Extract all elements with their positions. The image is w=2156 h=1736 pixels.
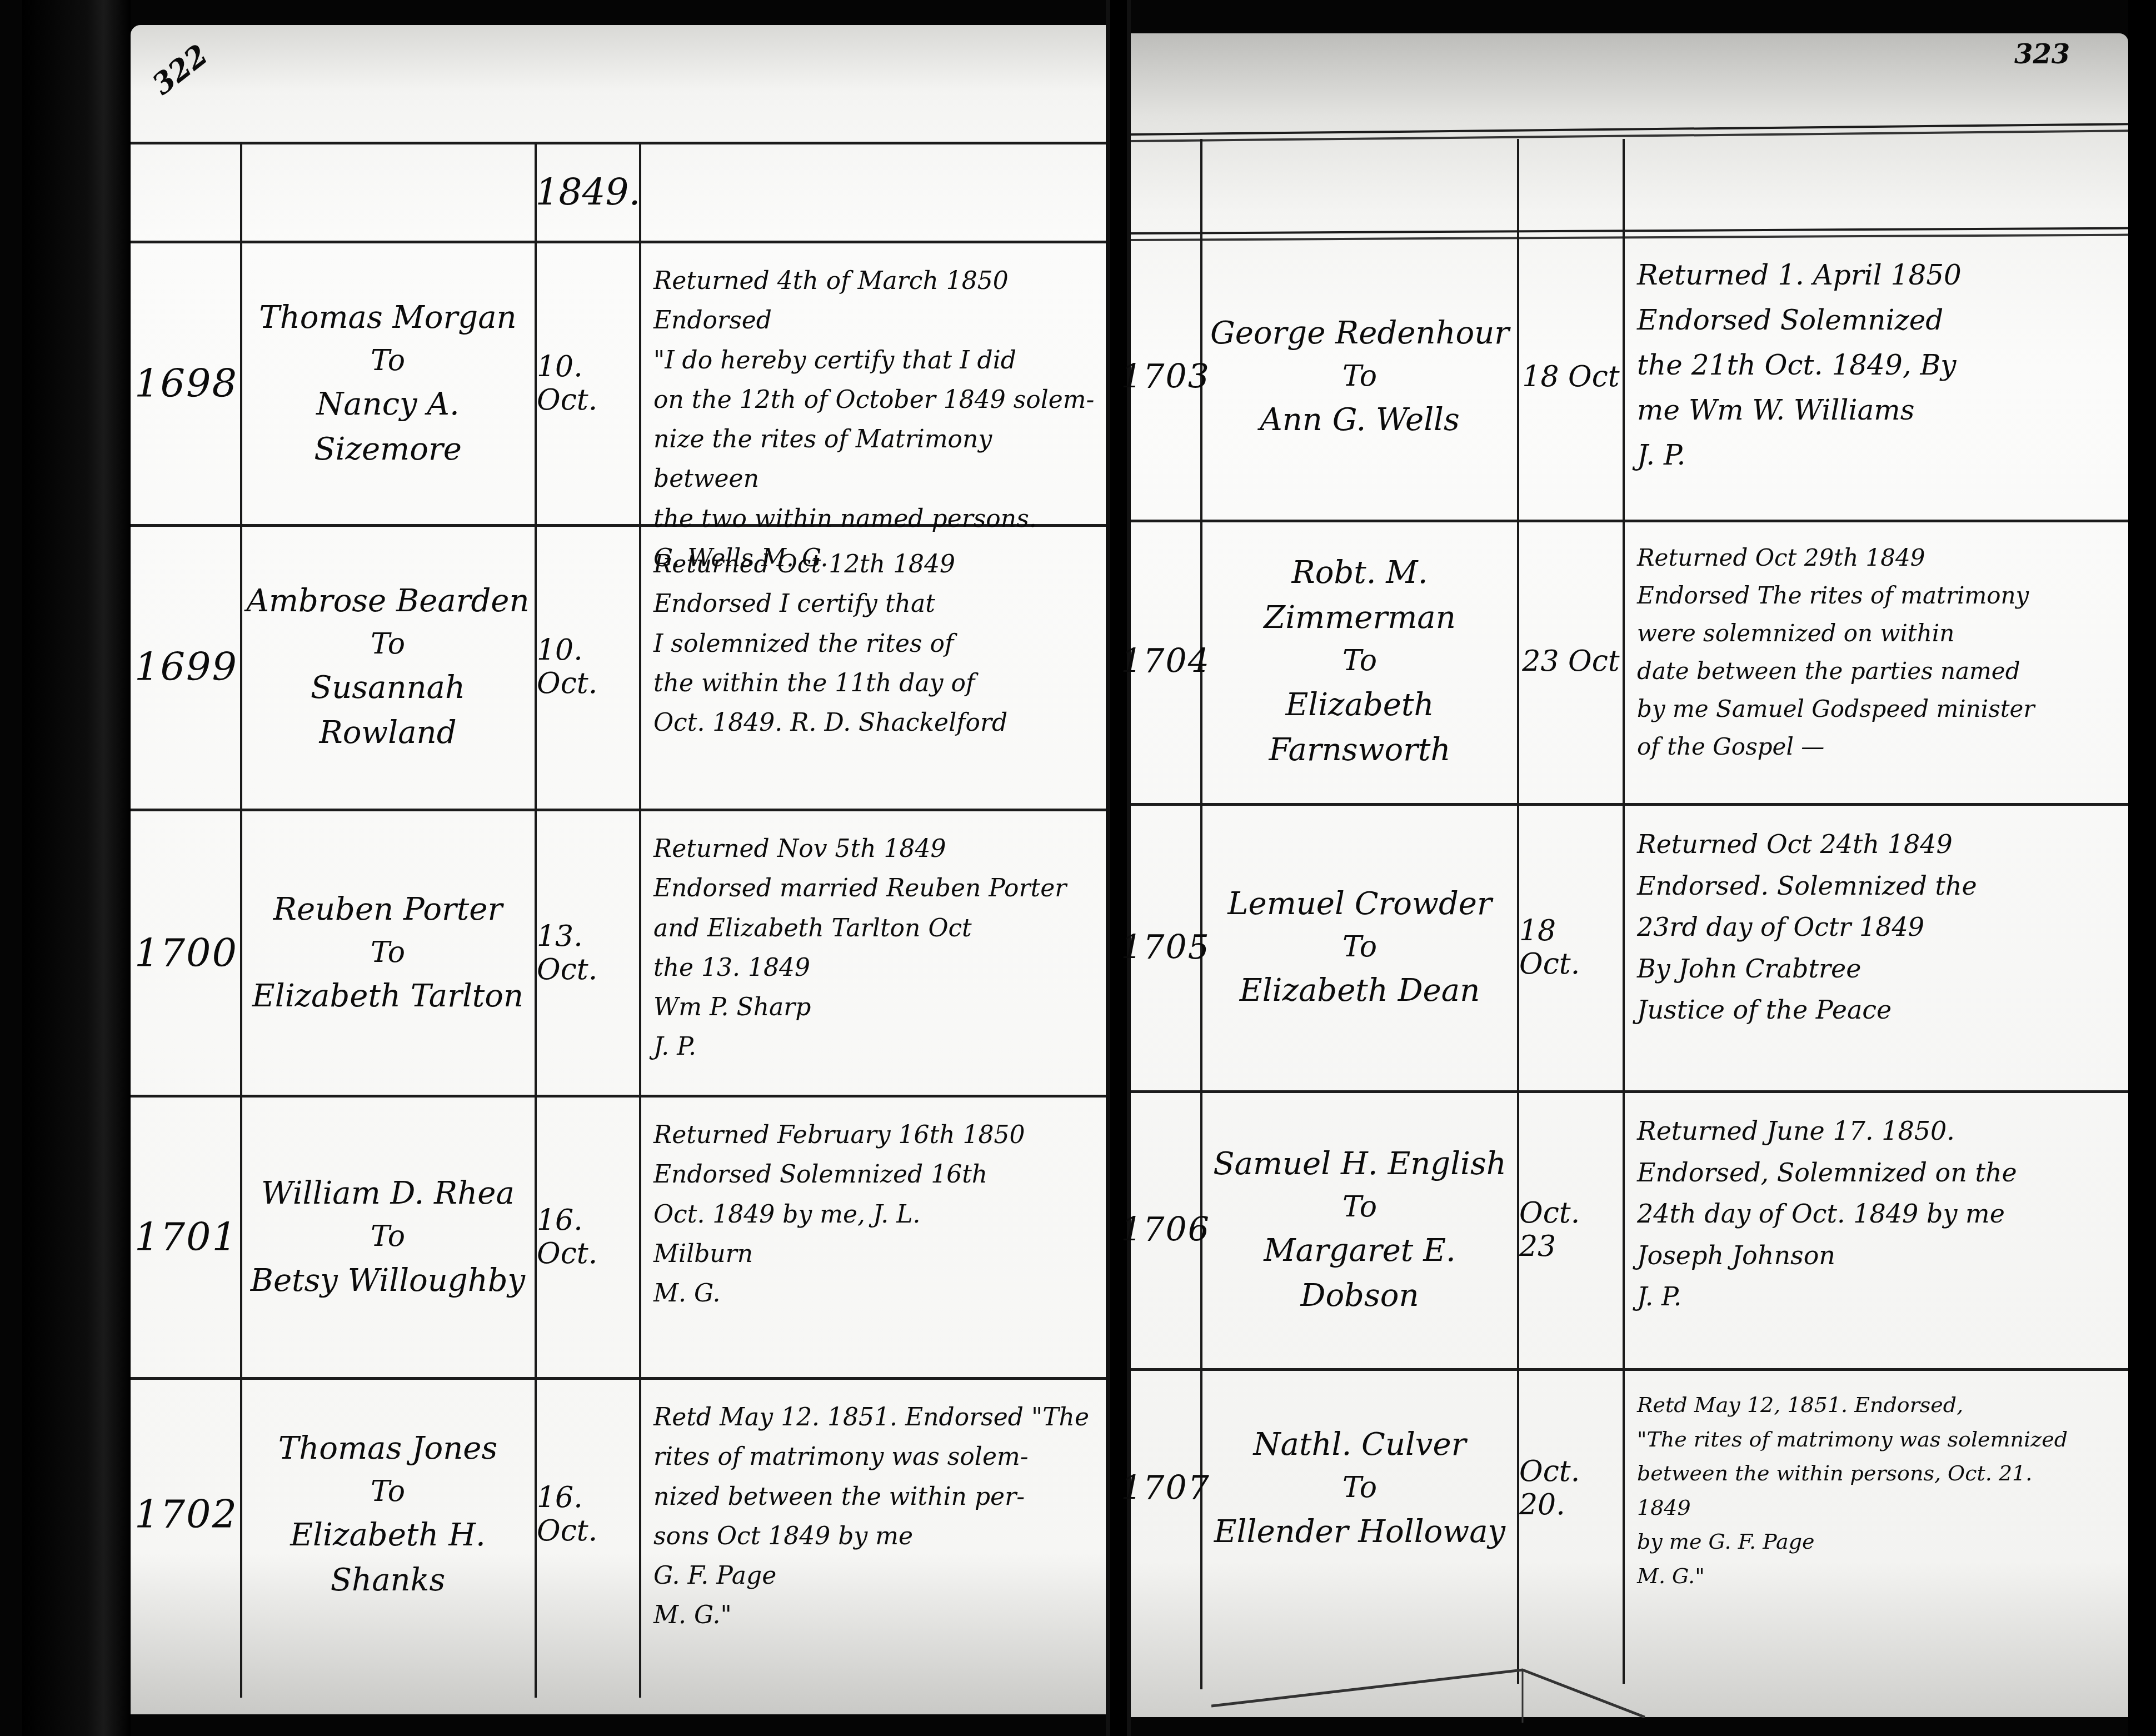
- page-fold-corner: [1211, 1662, 1667, 1723]
- right-page-number: 323: [2014, 39, 2070, 70]
- groom-name: Samuel H. English: [1213, 1141, 1506, 1186]
- right-row-rule: [1131, 1090, 2128, 1093]
- bride-name: Ann G. Wells: [1260, 397, 1459, 442]
- to-label: To: [371, 623, 405, 665]
- bride-name: Elizabeth Dean: [1240, 968, 1480, 1013]
- year-header: 1849.: [537, 144, 639, 239]
- entry-names: Ambrose Bearden To Susannah Rowland: [242, 528, 533, 806]
- entry-number: 1703: [1131, 236, 1200, 517]
- bride-name: Susannah Rowland: [242, 665, 533, 755]
- bride-name: Elizabeth Tarlton: [252, 974, 523, 1019]
- groom-name: Lemuel Crowder: [1227, 881, 1491, 926]
- entry-names: Thomas Morgan To Nancy A. Sizemore: [242, 245, 533, 522]
- bride-name: Ellender Holloway: [1214, 1509, 1506, 1554]
- to-label: To: [371, 1471, 405, 1513]
- entry-names: Nathl. Culver To Ellender Holloway: [1202, 1371, 1517, 1605]
- groom-name: Thomas Morgan: [259, 295, 516, 340]
- bride-name: Elizabeth Farnsworth: [1202, 682, 1517, 772]
- to-label: To: [1342, 356, 1377, 397]
- groom-name: Robt. M. Zimmerman: [1202, 550, 1517, 640]
- entry-number: 1705: [1131, 807, 1200, 1088]
- groom-name: Ambrose Bearden: [246, 578, 529, 623]
- to-label: To: [1342, 1467, 1377, 1509]
- entry-number: 1700: [133, 812, 239, 1093]
- return-endorsement: Returned Nov 5th 1849 Endorsed married R…: [641, 812, 1105, 1093]
- return-endorsement: Returned Oct 12th 1849 Endorsed I certif…: [641, 528, 1105, 806]
- return-endorsement: Returned Oct 24th 1849 Endorsed. Solemni…: [1625, 807, 2097, 1088]
- bride-name: Nancy A. Sizemore: [242, 382, 533, 472]
- ledger-spread: 322 323 1849. 1698 Thomas Morgan To Nanc…: [0, 0, 2156, 1736]
- license-date: 10. Oct.: [537, 245, 639, 522]
- left-row-rule: [131, 1377, 1106, 1380]
- to-label: To: [1342, 640, 1377, 682]
- license-date: 16. Oct.: [537, 1099, 639, 1375]
- license-date: 18 Oct: [1519, 236, 1623, 517]
- to-label: To: [1342, 1186, 1377, 1228]
- entry-number: 1707: [1131, 1371, 1200, 1605]
- left-row-rule: [131, 1095, 1106, 1098]
- entry-names: William D. Rhea To Betsy Willoughby: [242, 1099, 533, 1375]
- entry-number: 1698: [133, 245, 239, 522]
- entry-number: 1701: [133, 1099, 239, 1375]
- entry-names: Lemuel Crowder To Elizabeth Dean: [1202, 807, 1517, 1088]
- groom-name: Reuben Porter: [273, 887, 503, 932]
- entry-number: 1704: [1131, 522, 1200, 800]
- groom-name: George Redenhour: [1210, 311, 1509, 356]
- entry-names: Thomas Jones To Elizabeth H. Shanks: [242, 1381, 533, 1648]
- entry-number: 1706: [1131, 1094, 1200, 1366]
- license-date: Oct. 20.: [1519, 1371, 1623, 1605]
- to-label: To: [371, 340, 405, 382]
- right-row-rule: [1131, 1368, 2128, 1371]
- bride-name: Betsy Willoughby: [251, 1258, 525, 1303]
- left-row-rule: [131, 809, 1106, 811]
- right-row-rule: [1131, 803, 2128, 806]
- to-label: To: [1342, 926, 1377, 968]
- return-endorsement: Retd May 12, 1851. Endorsed, "The rites …: [1625, 1371, 2097, 1605]
- return-endorsement: Retd May 12. 1851. Endorsed "The rites o…: [641, 1381, 1105, 1692]
- entry-names: Samuel H. English To Margaret E. Dobson: [1202, 1094, 1517, 1366]
- bride-name: Margaret E. Dobson: [1202, 1228, 1517, 1318]
- left-header-rule-bottom: [131, 241, 1106, 243]
- book-binding-right: [2128, 0, 2156, 1736]
- license-date: 13. Oct.: [537, 812, 639, 1093]
- entry-names: Robt. M. Zimmerman To Elizabeth Farnswor…: [1202, 522, 1517, 800]
- return-endorsement: Returned 4th of March 1850 Endorsed "I d…: [641, 245, 1105, 522]
- groom-name: William D. Rhea: [261, 1171, 515, 1216]
- entry-names: Reuben Porter To Elizabeth Tarlton: [242, 812, 533, 1093]
- return-endorsement: Returned February 16th 1850 Endorsed Sol…: [641, 1099, 1105, 1375]
- book-binding-left: [22, 0, 131, 1736]
- license-date: Oct. 23: [1519, 1094, 1623, 1366]
- entry-names: George Redenhour To Ann G. Wells: [1202, 236, 1517, 517]
- license-date: 16. Oct.: [537, 1381, 639, 1648]
- return-endorsement: Returned Oct 29th 1849 Endorsed The rite…: [1625, 522, 2097, 800]
- bride-name: Elizabeth H. Shanks: [242, 1513, 533, 1603]
- license-date: 10. Oct.: [537, 528, 639, 806]
- return-endorsement: Returned 1. April 1850 Endorsed Solemniz…: [1625, 236, 2097, 517]
- license-date: 18 Oct.: [1519, 807, 1623, 1088]
- return-endorsement: Returned June 17. 1850. Endorsed, Solemn…: [1625, 1094, 2097, 1366]
- groom-name: Thomas Jones: [278, 1426, 497, 1471]
- entry-number: 1699: [133, 528, 239, 806]
- entry-number: 1702: [133, 1381, 239, 1648]
- license-date: 23 Oct: [1519, 522, 1623, 800]
- to-label: To: [371, 932, 405, 974]
- groom-name: Nathl. Culver: [1254, 1422, 1466, 1467]
- to-label: To: [371, 1216, 405, 1258]
